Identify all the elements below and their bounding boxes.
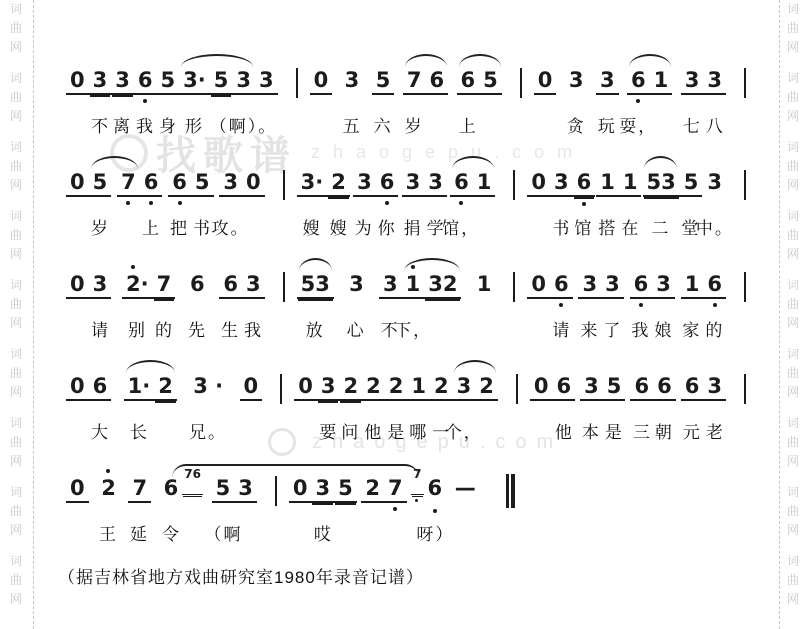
octave-dot-low — [143, 99, 147, 103]
watermark-char: 曲 — [787, 298, 799, 310]
barline — [513, 272, 515, 302]
watermark-char: 网 — [787, 110, 799, 122]
note: 3· — [297, 170, 328, 197]
note: 3 — [219, 170, 242, 197]
notes-row: 032221232 — [286, 374, 506, 401]
watermark-char: 词 — [787, 486, 799, 498]
note: 3 — [89, 272, 112, 299]
beam-group: 3 — [565, 68, 588, 95]
beam-group: 65 — [168, 170, 213, 197]
slur — [459, 54, 501, 67]
notes-row: 0352776— — [281, 476, 488, 503]
note: 6 — [160, 476, 183, 503]
beam-group: 0 — [310, 68, 333, 95]
watermark-char: 曲 — [787, 505, 799, 517]
watermark-group: 词曲网 — [10, 417, 22, 474]
note: 3 — [232, 68, 255, 95]
watermark-char: 曲 — [787, 229, 799, 241]
watermark-char: 词 — [10, 210, 22, 222]
note: 3 — [345, 272, 368, 299]
lyric: 五 — [343, 112, 362, 137]
note: 3 — [703, 68, 726, 95]
beam-group: 63 — [219, 272, 264, 299]
note: 5 — [89, 170, 112, 197]
note: 0 — [66, 374, 89, 401]
lyric: 的 — [155, 316, 174, 341]
lyric: 形 — [185, 112, 204, 137]
lyric: 元 — [683, 418, 702, 443]
left-watermark-strip: 词曲网词曲网词曲网词曲网词曲网词曲网词曲网词曲网词曲网 — [8, 3, 24, 624]
watermark-char: 词 — [787, 141, 799, 153]
note: 0 — [530, 374, 553, 401]
watermark-char: 网 — [10, 41, 22, 53]
lyric: 下， — [394, 316, 432, 341]
beam-group: 535 — [643, 170, 703, 197]
beam-group: 33 — [578, 272, 623, 299]
beam-group: 11 — [596, 170, 641, 197]
lyric: 请 — [91, 316, 110, 341]
footnote: （据吉林省地方戏曲研究室1980年录音记谱） — [58, 563, 424, 588]
watermark-char: 曲 — [10, 229, 22, 241]
slur — [644, 156, 677, 169]
note: 0 — [66, 170, 89, 197]
beam-group: 0 — [66, 476, 89, 503]
note: 0 — [527, 272, 550, 299]
octave-dot-low — [393, 507, 397, 511]
barline — [744, 374, 746, 404]
watermark-char: 词 — [10, 348, 22, 360]
beam-group: 5 — [372, 68, 395, 95]
note: 2 — [362, 374, 385, 401]
note: 3 — [111, 68, 134, 95]
right-watermark-strip: 词曲网词曲网词曲网词曲网词曲网词曲网词曲网词曲网词曲网 — [785, 3, 801, 624]
note: 2 — [430, 374, 453, 401]
note: 3 — [424, 170, 447, 197]
beam-group: 06 — [530, 374, 575, 401]
note: 3 — [242, 272, 265, 299]
note: 2 — [327, 170, 350, 197]
beam-group: 032 — [294, 374, 362, 401]
beam-group: 3 — [345, 272, 368, 299]
notes-row: 033653·533 — [58, 68, 286, 95]
beam-group: 06 — [66, 374, 111, 401]
measure: 033653·533不离我身形（啊）。 — [58, 52, 286, 140]
watermark-char: 词 — [787, 72, 799, 84]
note: 6 — [134, 68, 157, 95]
note: 3 — [353, 170, 376, 197]
note: 5 — [334, 476, 357, 503]
note: 6 — [703, 272, 726, 299]
beam-group: 65 — [134, 68, 179, 95]
measure: 0336133贪玩耍，七八 — [526, 52, 734, 140]
beam-group: — — [451, 476, 480, 503]
note: 5 — [212, 476, 235, 503]
note: 2· — [122, 272, 153, 299]
note: 3 — [703, 374, 726, 401]
note: 7 — [153, 272, 176, 299]
lyric: 老 — [706, 418, 725, 443]
right-dashed-border — [779, 0, 780, 629]
watermark-group: 词曲网 — [10, 486, 22, 543]
beam-group: 1 — [473, 272, 496, 299]
note: 1· — [124, 374, 155, 401]
beam-group: 033 — [66, 68, 134, 95]
lyric: （啊）。 — [210, 112, 278, 137]
lyric: 二 — [651, 214, 670, 239]
lyric: 是 — [387, 418, 406, 443]
note: 3 — [580, 374, 603, 401]
note: 6 — [457, 68, 480, 95]
watermark-char: 网 — [787, 524, 799, 536]
watermark-group: 词曲网 — [10, 3, 22, 60]
beam-group: 3 · — [189, 374, 227, 401]
beam-group: 76 — [411, 476, 446, 503]
lyric: 呀） — [416, 520, 454, 545]
watermark-char: 网 — [10, 593, 22, 605]
lyric: 搭 — [598, 214, 617, 239]
lyric: 中。 — [696, 214, 734, 239]
lyric: 离 — [113, 112, 132, 137]
watermark-char: 曲 — [10, 91, 22, 103]
watermark-char: 词 — [787, 210, 799, 222]
watermark-char: 词 — [787, 555, 799, 567]
lyric: 他 — [555, 418, 574, 443]
note: 3 — [565, 68, 588, 95]
note: 0 — [310, 68, 333, 95]
lyric: 六 — [374, 112, 393, 137]
barline — [516, 374, 518, 404]
beam-group: 36 — [353, 170, 398, 197]
lyric: 上 — [459, 112, 478, 137]
watermark-group: 词曲网 — [10, 141, 22, 198]
barline — [296, 68, 298, 98]
lyric: 馆 — [574, 214, 593, 239]
note: 2 — [97, 476, 120, 503]
measure: 061·23 ·0大长兄。 — [58, 358, 270, 446]
beam-group: 22 — [362, 374, 407, 401]
octave-dot-low — [415, 499, 418, 502]
watermark-group: 词曲网 — [787, 486, 799, 543]
beam-group: 05 — [66, 170, 111, 197]
note: 0 — [66, 272, 89, 299]
lyric: 馆， — [442, 214, 480, 239]
score: 033653·533不离我身形（啊）。0357665五六岁上0336133贪玩耍… — [58, 52, 750, 562]
barline — [520, 68, 522, 98]
note: 1 — [402, 272, 425, 299]
lyric: 令 — [162, 520, 181, 545]
system: 061·23 ·0大长兄。032221232要问他是哪一个，06356663他本… — [58, 358, 750, 446]
octave-dot-low — [713, 303, 717, 307]
note: 3 — [379, 272, 402, 299]
beam-group: 06 — [527, 272, 572, 299]
lyric: 的 — [705, 316, 724, 341]
beam-group: 1·2 — [124, 374, 177, 401]
octave-dot-low — [636, 99, 640, 103]
note: 6 — [89, 374, 112, 401]
watermark-char: 网 — [787, 179, 799, 191]
note: 6 — [219, 272, 242, 299]
lyric: 书 — [193, 214, 212, 239]
lyric: 在 — [621, 214, 640, 239]
watermark-char: 曲 — [10, 574, 22, 586]
watermark-group: 词曲网 — [10, 279, 22, 336]
barline — [275, 476, 277, 506]
octave-dot-low — [126, 201, 130, 205]
lyric: 延 — [130, 520, 149, 545]
note: 3 · — [189, 374, 227, 401]
note: 3 — [681, 68, 704, 95]
watermark-char: 曲 — [787, 160, 799, 172]
lyric: 哎 — [314, 520, 333, 545]
note: 32 — [424, 272, 461, 299]
beam-group: 2·7 — [122, 272, 175, 299]
measure: 032221232要问他是哪一个， — [286, 358, 506, 446]
measure: 06356663他本是三朝元老 — [522, 358, 734, 446]
lyric: 捐 — [404, 214, 423, 239]
lyric: 书 — [552, 214, 571, 239]
lyric: 不 — [91, 112, 110, 137]
note: 0 — [294, 374, 317, 401]
watermark-char: 网 — [787, 248, 799, 260]
note: 7 — [128, 476, 151, 503]
watermark-char: 曲 — [10, 22, 22, 34]
beam-group: 66 — [630, 374, 675, 401]
note: 3 — [402, 170, 425, 197]
note: 6 — [627, 68, 650, 95]
slur — [405, 54, 447, 67]
beam-group: 3 — [596, 68, 619, 95]
note: 0 — [527, 170, 550, 197]
watermark-group: 词曲网 — [787, 210, 799, 267]
note: 2 — [361, 476, 384, 503]
note: 2 — [385, 374, 408, 401]
lyric: 岁 — [91, 214, 110, 239]
note: 2 — [339, 374, 362, 401]
watermark-char: 曲 — [787, 367, 799, 379]
lyric: 三 — [633, 418, 652, 443]
octave-dot-low — [582, 202, 586, 206]
watermark-group: 词曲网 — [10, 210, 22, 267]
watermark-group: 词曲网 — [787, 417, 799, 474]
watermark-group: 词曲网 — [10, 555, 22, 612]
beam-group: 3 — [341, 68, 364, 95]
note: 6 — [186, 272, 209, 299]
note: 5 — [680, 170, 703, 197]
octave-dot-high — [131, 265, 135, 269]
lyric: 要 — [319, 418, 338, 443]
beam-group: 33 — [681, 68, 726, 95]
lyric: 了 — [603, 316, 622, 341]
beam-group: 7 — [128, 476, 151, 503]
watermark-char: 曲 — [787, 22, 799, 34]
lyric: 攻。 — [212, 214, 250, 239]
lyric: 八 — [706, 112, 725, 137]
measure: 53331321放心不下， — [289, 256, 504, 344]
beam-group: 76 — [403, 68, 448, 95]
note: 3 — [596, 68, 619, 95]
note: 6 — [630, 374, 653, 401]
beam-group: 12 — [407, 374, 452, 401]
octave-dot-high — [106, 469, 110, 473]
note: 2 — [154, 374, 177, 401]
watermark-group: 词曲网 — [787, 141, 799, 198]
lyric: 生 — [221, 316, 240, 341]
note: 1 — [407, 374, 430, 401]
measure: 3·2363361嫂嫂为你捐学馆， — [289, 154, 504, 242]
beam-group: 27 — [361, 476, 406, 503]
lyric: 个， — [445, 418, 483, 443]
note: 3 — [652, 272, 675, 299]
note: 6 — [140, 170, 163, 197]
barline — [744, 170, 746, 200]
notes-row: 06356663 — [522, 374, 734, 401]
watermark-char: 网 — [10, 110, 22, 122]
watermark-char: 网 — [10, 524, 22, 536]
lyric: 为 — [355, 214, 374, 239]
lyric: 玩 — [598, 112, 617, 137]
lyric: 放 — [306, 316, 325, 341]
barline — [283, 170, 285, 200]
long-slur — [172, 464, 419, 479]
note: 1 — [596, 170, 619, 197]
beam-group: 035 — [289, 476, 357, 503]
slur — [629, 54, 671, 67]
system: 032·7663请别的先生我53331321放心不下，06336316请来了我娘… — [58, 256, 750, 344]
beam-group: 35 — [580, 374, 625, 401]
system: 02767653王延令（啊0352776—哎呀） — [58, 460, 515, 548]
beam-group: 3·5 — [179, 68, 232, 95]
beam-group: 61 — [450, 170, 495, 197]
beam-group: 63 — [681, 374, 726, 401]
watermark-char: 网 — [10, 317, 22, 329]
lyric: 嫂 — [303, 214, 322, 239]
note: 3· — [179, 68, 210, 95]
measure: 06336316请来了我娘家的 — [519, 256, 734, 344]
system: 033653·533不离我身形（啊）。0357665五六岁上0336133贪玩耍… — [58, 52, 750, 140]
barline — [513, 170, 515, 200]
slur — [126, 360, 175, 373]
watermark-char: 词 — [10, 141, 22, 153]
note: 7 — [384, 476, 407, 503]
lyric: 先 — [188, 316, 207, 341]
note: 3 — [317, 374, 340, 401]
watermark-char: 曲 — [787, 574, 799, 586]
watermark-char: 词 — [10, 555, 22, 567]
watermark-group: 词曲网 — [787, 555, 799, 612]
beam-group: 32 — [453, 374, 498, 401]
note: 3 — [601, 272, 624, 299]
watermark-char: 词 — [10, 417, 22, 429]
lyric: 娘 — [654, 316, 673, 341]
beam-group: 61 — [627, 68, 672, 95]
notes-row: 036115353 — [519, 170, 734, 197]
beam-group: 30 — [219, 170, 264, 197]
notes-row: 0336133 — [526, 68, 734, 95]
beam-group: 33 — [402, 170, 447, 197]
note: 0 — [242, 170, 265, 197]
measure: 032·7663请别的先生我 — [58, 256, 273, 344]
lyric: 长 — [130, 418, 149, 443]
octave-dot-low — [149, 201, 153, 205]
notes-row: 3·2363361 — [289, 170, 504, 197]
watermark-char: 网 — [787, 593, 799, 605]
note: 0 — [289, 476, 312, 503]
lyric: 他 — [364, 418, 383, 443]
watermark-char: 网 — [787, 317, 799, 329]
lyric: 兄。 — [189, 418, 227, 443]
lyric: 请 — [552, 316, 571, 341]
note: 5 — [603, 374, 626, 401]
notes-row: 032·7663 — [58, 272, 273, 299]
note: 1 — [619, 170, 642, 197]
lyric: （啊 — [205, 520, 243, 545]
note: 6 — [681, 374, 704, 401]
lyric: 朝 — [655, 418, 674, 443]
watermark-char: 词 — [787, 348, 799, 360]
watermark-group: 词曲网 — [787, 279, 799, 336]
note: 3 — [311, 476, 334, 503]
watermark-char: 词 — [10, 72, 22, 84]
measure: 036115353书馆搭在二堂中。 — [519, 154, 734, 242]
beam-group: 0 — [534, 68, 557, 95]
octave-dot-low — [178, 201, 182, 205]
lyric: 心 — [347, 316, 366, 341]
measure: 05766530岁上把书攻。 — [58, 154, 273, 242]
watermark-char: 曲 — [10, 160, 22, 172]
lyric: 你 — [378, 214, 397, 239]
note: 5 — [157, 68, 180, 95]
note: 2 — [475, 374, 498, 401]
note: 5 — [191, 170, 214, 197]
slur — [299, 258, 332, 271]
beam-group: 76 — [117, 170, 162, 197]
watermark-char: 网 — [10, 179, 22, 191]
note: 1 — [473, 272, 496, 299]
measure: 0357665五六岁上 — [302, 52, 510, 140]
note: 7 — [403, 68, 426, 95]
barline — [283, 272, 285, 302]
lyric: 耍， — [619, 112, 657, 137]
note: 6 — [376, 170, 399, 197]
lyric: 我 — [244, 316, 263, 341]
watermark-char: 网 — [787, 41, 799, 53]
beam-group: 33 — [232, 68, 277, 95]
lyric: 七 — [683, 112, 702, 137]
beam-group: 03 — [66, 272, 111, 299]
watermark-char: 网 — [10, 248, 22, 260]
beam-group: 63 — [630, 272, 675, 299]
system: 05766530岁上把书攻。3·2363361嫂嫂为你捐学馆，036115353… — [58, 154, 750, 242]
lyric: 嫂 — [330, 214, 349, 239]
beam-group: 3 — [703, 170, 726, 197]
note: 6 — [653, 374, 676, 401]
beam-group: 2 — [97, 476, 120, 503]
beam-group: 3132 — [379, 272, 461, 299]
watermark-char: 曲 — [10, 298, 22, 310]
note: 3 — [255, 68, 278, 95]
octave-dot-low — [639, 303, 643, 307]
watermark-char: 曲 — [787, 91, 799, 103]
lyric: 大 — [91, 418, 110, 443]
left-dashed-border — [33, 0, 34, 629]
octave-dot-low — [385, 201, 389, 205]
watermark-char: 网 — [10, 455, 22, 467]
note: 53 — [297, 272, 334, 299]
note: 6 — [630, 272, 653, 299]
barline — [280, 374, 282, 404]
note: 3 — [89, 68, 112, 95]
watermark-char: 曲 — [10, 367, 22, 379]
